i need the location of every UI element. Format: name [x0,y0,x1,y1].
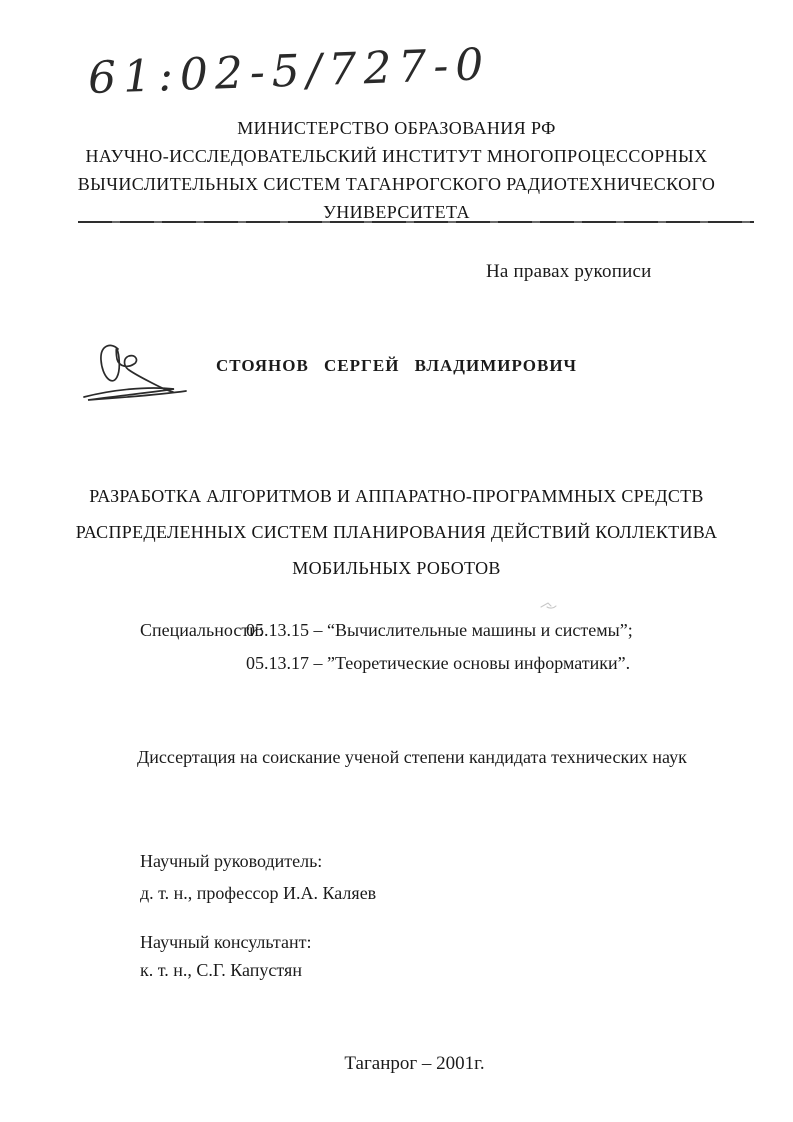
catalog-number-handwriting: 61:02-5/727-0 [87,39,491,104]
institute-line-1: НАУЧНО-ИССЛЕДОВАТЕЛЬСКИЙ ИНСТИТУТ МНОГОП… [0,142,793,170]
consultant-name: к. т. н., С.Г. Капустян [140,960,302,981]
specialty-item-2: 05.13.17 – ”Теоретические основы информа… [246,653,630,674]
author-name: СТОЯНОВ СЕРГЕЙ ВЛАДИМИРОВИЧ [0,356,793,376]
degree-statement: Диссертация на соискание ученой степени … [137,747,687,768]
ministry-line: МИНИСТЕРСТВО ОБРАЗОВАНИЯ РФ [0,114,793,142]
dissertation-title-page: 61:02-5/727-0 МИНИСТЕРСТВО ОБРАЗОВАНИЯ Р… [0,0,793,1122]
institute-line-2: ВЫЧИСЛИТЕЛЬНЫХ СИСТЕМ ТАГАНРОГСКОГО РАДИ… [0,170,793,198]
title-line-2: РАСПРЕДЕЛЕННЫХ СИСТЕМ ПЛАНИРОВАНИЯ ДЕЙСТ… [0,514,793,550]
dissertation-title: РАЗРАБОТКА АЛГОРИТМОВ И АППАРАТНО-ПРОГРА… [0,478,793,586]
header-divider-line [78,221,754,223]
title-line-1: РАЗРАБОТКА АЛГОРИТМОВ И АППАРАТНО-ПРОГРА… [0,478,793,514]
city-year-line: Таганрог – 2001г. [18,1053,793,1075]
manuscript-rights-note: На правах рукописи [486,261,651,283]
supervisor-name: д. т. н., профессор И.А. Каляев [140,883,376,904]
specialty-item-1: 05.13.15 – “Вычислительные машины и сист… [246,620,633,641]
institution-header: МИНИСТЕРСТВО ОБРАЗОВАНИЯ РФ НАУЧНО-ИССЛЕ… [0,114,793,226]
stray-pen-mark-icon [538,599,558,611]
consultant-label: Научный консультант: [140,932,312,953]
supervisor-label: Научный руководитель: [140,851,322,872]
title-line-3: МОБИЛЬНЫХ РОБОТОВ [0,550,793,586]
